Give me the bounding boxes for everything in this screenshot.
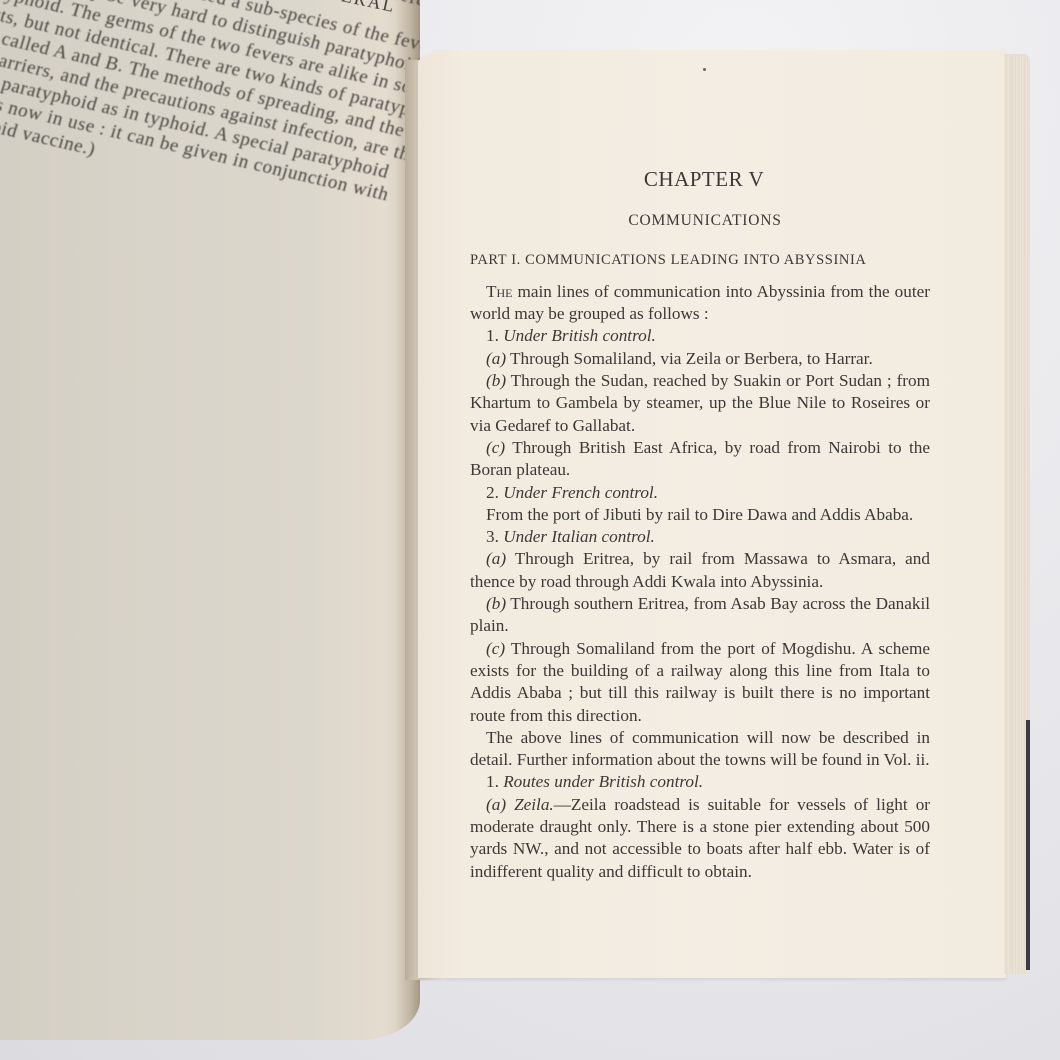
cover-edge [1026, 720, 1030, 970]
routes-number: 1. [486, 772, 499, 791]
item-text: Through southern Eritrea, from Asab Bay … [470, 594, 930, 635]
intro-lead: The [486, 282, 513, 301]
item-label: (a) [486, 549, 506, 568]
item-text: Through the Sudan, reached by Suakin or … [470, 371, 930, 435]
group-body: From the port of Jibuti by rail to Dire … [470, 504, 930, 526]
group-number: 1. [486, 326, 499, 345]
group-item: (c) Through British East Africa, by road… [470, 437, 930, 482]
group-item: (b) Through the Sudan, reached by Suakin… [470, 370, 930, 437]
group-number: 3. [486, 527, 499, 546]
item-text: Through Somaliland, via Zeila or Berbera… [506, 349, 873, 368]
group-title: Under French control. [503, 483, 658, 502]
item-label: (b) [486, 371, 506, 390]
item-label: (c) [486, 438, 505, 457]
summary-paragraph: The above lines of communication will no… [470, 727, 930, 772]
intro-paragraph: The main lines of communication into Aby… [470, 281, 930, 326]
group-heading: 3. Under Italian control. [470, 526, 930, 548]
item-text: Through Eritrea, by rail from Massawa to… [470, 549, 930, 590]
item-text: Through Somaliland from the port of Mogd… [470, 639, 930, 725]
item-label: (a) [486, 795, 506, 814]
place-name: Zeila. [514, 795, 554, 814]
item-text: Through British East Africa, by road fro… [470, 438, 930, 479]
section-title: COMMUNICATIONS [470, 210, 930, 232]
group-title: Under British control. [503, 326, 656, 345]
book-photo: PART I. GENERAL In typhoid it is impossi… [0, 0, 1060, 1060]
item-label: (a) [486, 349, 506, 368]
zeila-paragraph: (a) Zeila.—Zeila roadstead is suitable f… [470, 794, 930, 883]
intro-text: main lines of communication into Abyssin… [470, 282, 930, 323]
left-page-text: In typhoid it is impossible to be too cl… [0, 0, 420, 226]
group-heading: 1. Under British control. [470, 325, 930, 347]
group-heading: 2. Under French control. [470, 482, 930, 504]
routes-title: Routes under British control. [503, 772, 703, 791]
group-item: (a) Through Eritrea, by rail from Massaw… [470, 548, 930, 593]
left-page: PART I. GENERAL In typhoid it is impossi… [0, 0, 420, 1040]
routes-heading: 1. Routes under British control. [470, 771, 930, 793]
group-item: (a) Through Somaliland, via Zeila or Ber… [470, 348, 930, 370]
item-label: (b) [486, 594, 506, 613]
chapter-title: CHAPTER V [470, 168, 930, 190]
paper-speck [703, 68, 706, 71]
group-item: (b) Through southern Eritrea, from Asab … [470, 593, 930, 638]
right-page-text: CHAPTER V COMMUNICATIONS PART I. COMMUNI… [470, 168, 930, 883]
part-title: PART I. COMMUNICATIONS LEADING INTO ABYS… [470, 249, 930, 271]
group-number: 2. [486, 483, 499, 502]
group-title: Under Italian control. [503, 527, 655, 546]
item-label: (c) [486, 639, 505, 658]
group-item: (c) Through Somaliland from the port of … [470, 638, 930, 727]
